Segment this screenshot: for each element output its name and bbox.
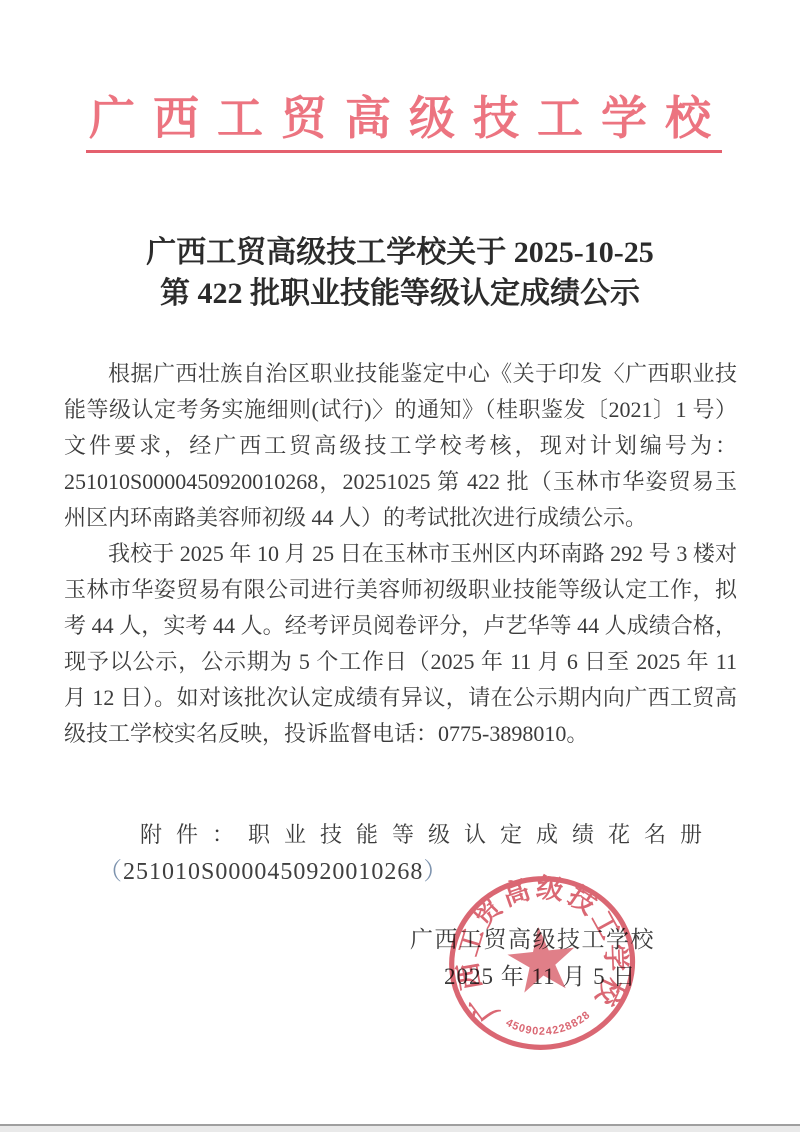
attachment-title: 附件：职业技能等级认定成绩花名册: [140, 818, 716, 849]
document-title-line2: 第 422 批职业技能等级认定成绩公示: [0, 273, 800, 314]
attachment-code-number: 251010S0000450920010268: [123, 859, 423, 885]
letterhead-rule: [86, 150, 722, 153]
body-paragraph-1: 根据广西壮族自治区职业技能鉴定中心《关于印发〈广西职业技能等级认定考务实施细则(…: [64, 356, 737, 536]
attachment-code: （251010S0000450920010268）: [98, 851, 448, 886]
scan-bottom-edge-area: [0, 1126, 800, 1132]
seal-star-icon: [505, 923, 579, 994]
body-paragraph-2: 我校于 2025 年 10 月 25 日在玉林市玉州区内环南路 292 号 3 …: [64, 536, 737, 752]
letterhead-school-name: 广西工贸高级技工学校: [0, 82, 800, 148]
official-seal: 广西工贸高级技工学校 4509024228828: [428, 848, 657, 1077]
document-title: 广西工贸高级技工学校关于 2025-10-25 第 422 批职业技能等级认定成…: [0, 232, 800, 314]
document-page: 广西工贸高级技工学校 广西工贸高级技工学校关于 2025-10-25 第 422…: [0, 0, 800, 1132]
document-title-line1: 广西工贸高级技工学校关于 2025-10-25: [0, 232, 800, 273]
attachment-open-paren: （: [98, 859, 123, 885]
document-body: 根据广西壮族自治区职业技能鉴定中心《关于印发〈广西职业技能等级认定考务实施细则(…: [64, 356, 737, 752]
